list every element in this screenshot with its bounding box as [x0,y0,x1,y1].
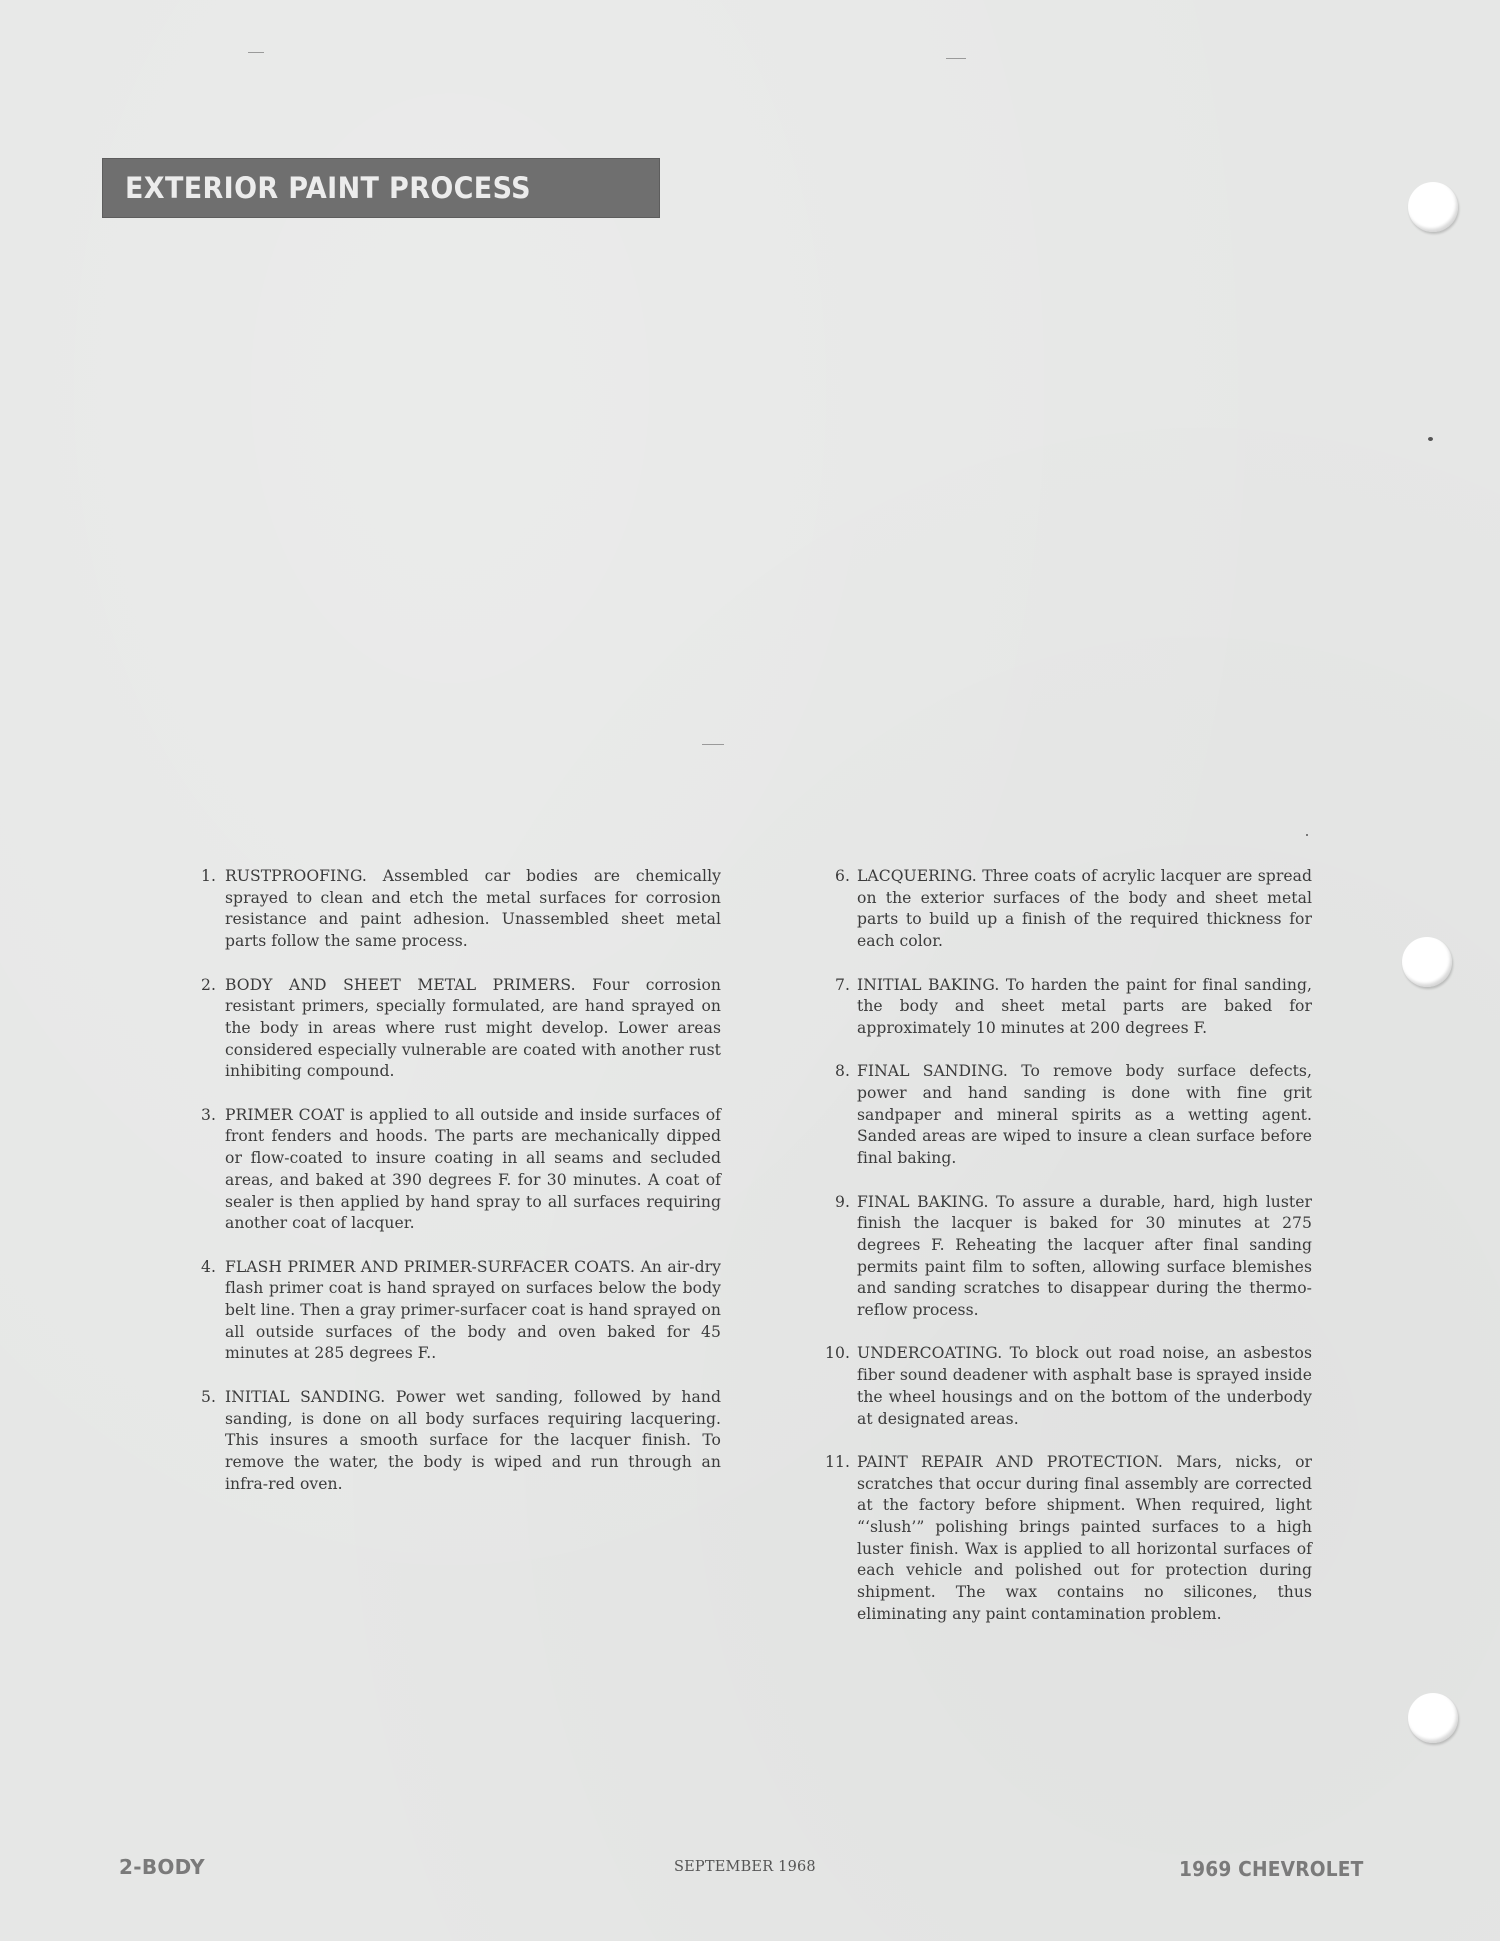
step-number: 1. [193,866,216,888]
step-description: Mars, nicks, or scratches that occur dur… [857,1453,1312,1623]
scan-mark [702,744,724,745]
step-number: 8. [822,1061,850,1083]
step-heading: PRIMER COAT [225,1106,344,1124]
process-step: 11.PAINT REPAIR AND PROTECTION. Mars, ni… [822,1452,1312,1626]
step-heading: FINAL BAKING. [857,1193,989,1211]
step-heading: BODY AND SHEET METAL PRIMERS. [225,976,576,994]
process-step: 1.RUSTPROOFING. Assembled car bodies are… [193,866,721,953]
step-number: 2. [193,975,216,997]
step-number: 3. [193,1105,216,1127]
step-number: 4. [193,1257,216,1279]
step-number: 7. [822,975,850,997]
step-heading: INITIAL SANDING. [225,1388,385,1406]
section-banner: EXTERIOR PAINT PROCESS [102,158,660,218]
process-step: 8.FINAL SANDING. To remove body surface … [822,1061,1312,1170]
scan-speck [1306,834,1308,836]
process-step: 3.PRIMER COAT is applied to all outside … [193,1105,721,1235]
scan-mark [946,58,966,59]
punch-hole [1402,937,1452,987]
punch-hole [1408,1693,1458,1743]
step-heading: PAINT REPAIR AND PROTECTION. [857,1453,1163,1471]
step-number: 6. [822,866,850,888]
scan-speck [1428,437,1433,441]
process-step: 4.FLASH PRIMER AND PRIMER-SURFACER COATS… [193,1257,721,1366]
step-heading: RUSTPROOFING. [225,867,367,885]
process-step: 9.FINAL BAKING. To assure a durable, har… [822,1192,1312,1322]
step-heading: LACQUERING. [857,867,977,885]
process-step: 5.INITIAL SANDING. Power wet sanding, fo… [193,1387,721,1496]
step-heading: INITIAL BAKING. [857,976,999,994]
left-column: 1.RUSTPROOFING. Assembled car bodies are… [193,866,721,1517]
page-title: EXTERIOR PAINT PROCESS [125,171,531,205]
step-heading: UNDERCOATING. [857,1344,1002,1362]
footer-date: SEPTEMBER 1968 [674,1859,816,1875]
scan-mark [248,52,264,53]
step-number: 5. [193,1387,216,1409]
footer-section-label: 2-BODY [119,1855,205,1879]
process-step: 7.INITIAL BAKING. To harden the paint fo… [822,975,1312,1040]
footer-publication: 1969 CHEVROLET [1179,1857,1364,1881]
step-description: is applied to all outside and inside sur… [225,1106,721,1233]
punch-hole [1408,182,1458,232]
right-column: 6.LACQUERING. Three coats of acrylic lac… [822,866,1312,1647]
process-step: 2.BODY AND SHEET METAL PRIMERS. Four cor… [193,975,721,1084]
step-number: 9. [822,1192,850,1214]
process-step: 10.UNDERCOATING. To block out road noise… [822,1343,1312,1430]
step-number: 11. [822,1452,850,1474]
process-step: 6.LACQUERING. Three coats of acrylic lac… [822,866,1312,953]
step-heading: FINAL SANDING. [857,1062,1008,1080]
step-number: 10. [822,1343,850,1365]
step-description: To assure a durable, hard, high luster f… [857,1193,1312,1320]
step-heading: FLASH PRIMER AND PRIMER-SURFACER COATS. [225,1258,635,1276]
